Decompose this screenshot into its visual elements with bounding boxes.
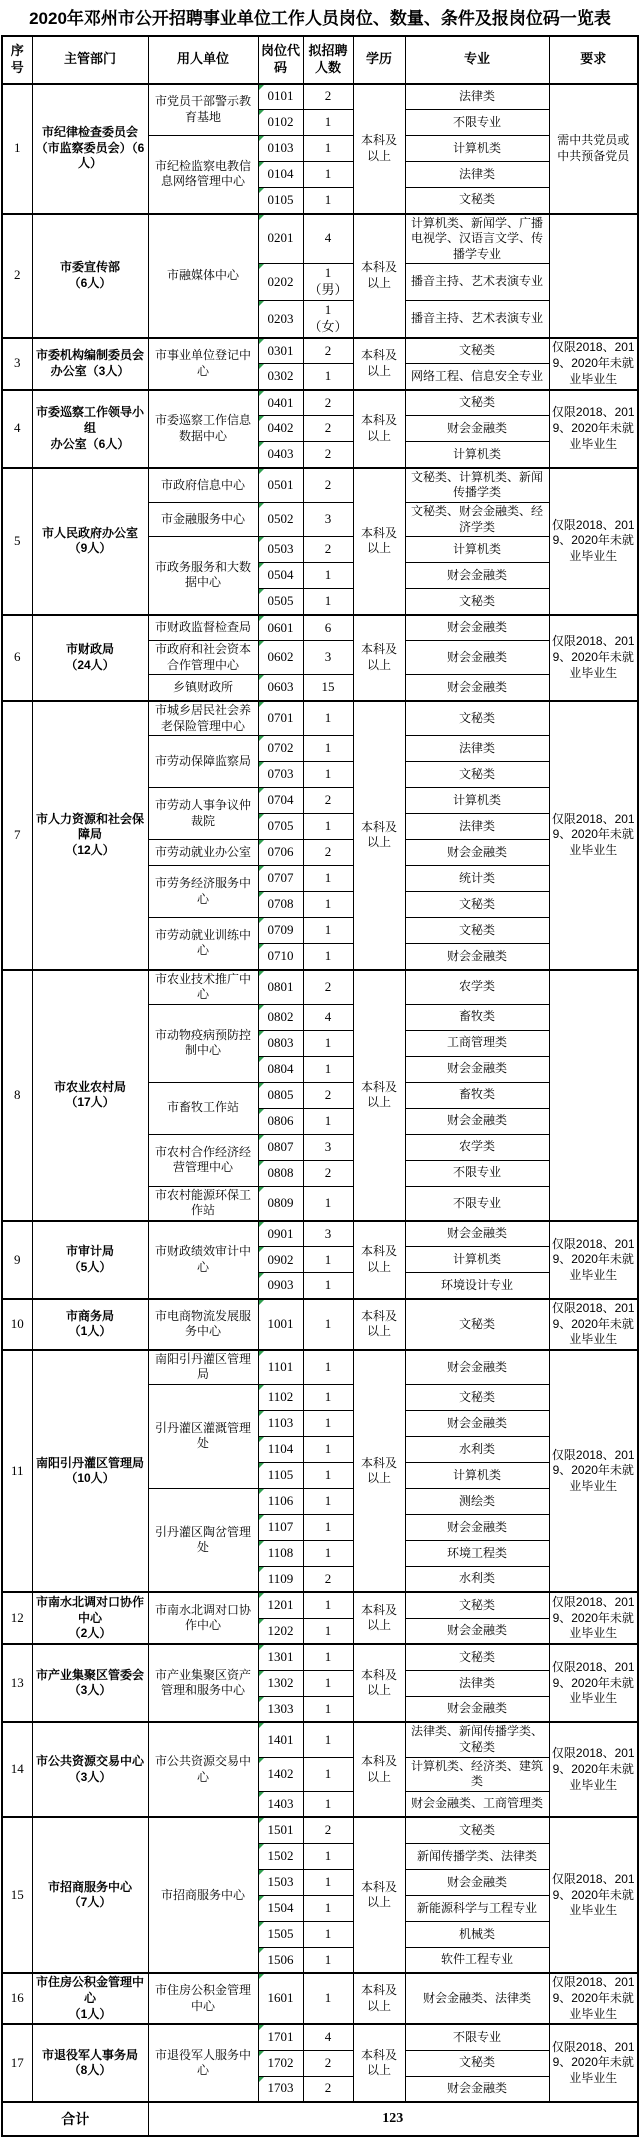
- position-count-cell: 1: [303, 1670, 353, 1696]
- dept-name-cell: 市产业集聚区管委会 （3人）: [32, 1644, 148, 1722]
- major-cell: 畜牧类: [405, 1004, 549, 1030]
- major-cell: 计算机类: [405, 1247, 549, 1273]
- unit-name-cell: 市党员干部警示教育基地: [148, 84, 258, 136]
- major-cell: 财会金融类: [405, 1410, 549, 1436]
- position-count-cell: 1: [303, 1350, 353, 1385]
- major-cell: 财会金融类: [405, 1350, 549, 1385]
- position-row: 13市产业集聚区管委会 （3人）市产业集聚区资产管理和服务中心13011本科及以…: [2, 1644, 638, 1670]
- position-code-cell: 0505: [258, 589, 303, 615]
- position-code-cell: 1701: [258, 2024, 303, 2050]
- major-cell: 不限专业: [405, 1160, 549, 1186]
- dept-no-cell: 17: [2, 2024, 32, 2102]
- unit-name-cell: 市财政监督检查局: [148, 615, 258, 641]
- position-row: 4市委巡察工作领导小组 办公室（6人）市委巡察工作信息数据中心04012本科及以…: [2, 390, 638, 416]
- major-cell: 计算机类: [405, 1462, 549, 1488]
- requirement-cell: [549, 214, 638, 338]
- position-count-cell: 2: [303, 468, 353, 503]
- unit-name-cell: 市城乡居民社会养老保险管理中心: [148, 701, 258, 736]
- position-count-cell: 1: [303, 1540, 353, 1566]
- position-count-cell: 4: [303, 2024, 353, 2050]
- position-code-cell: 0403: [258, 442, 303, 468]
- position-row: 7市人力资源和社会保障局 （12人）市城乡居民社会养老保险管理中心07011本科…: [2, 701, 638, 736]
- dept-name-cell: 市公共资源交易中心 （3人）: [32, 1722, 148, 1817]
- requirement-cell: 仅限2018、2019、2020年未就业毕业生: [549, 615, 638, 701]
- unit-name-cell: 乡镇财政所: [148, 675, 258, 701]
- education-cell: 本科及以上: [353, 390, 405, 468]
- position-count-cell: 3: [303, 1134, 353, 1160]
- major-cell: 财会金融类: [405, 840, 549, 866]
- position-count-cell: 2: [303, 788, 353, 814]
- major-cell: 文秘类、计算机类、新闻传播学类: [405, 468, 549, 503]
- position-code-cell: 0103: [258, 136, 303, 162]
- major-cell: 财会金融类: [405, 1618, 549, 1644]
- position-code-cell: 1106: [258, 1488, 303, 1514]
- dept-no-cell: 10: [2, 1299, 32, 1350]
- position-count-cell: 1: [303, 1973, 353, 2024]
- position-code-cell: 1105: [258, 1462, 303, 1488]
- major-cell: 文秘类: [405, 892, 549, 918]
- major-cell: 财会金融类: [405, 1108, 549, 1134]
- position-code-cell: 0701: [258, 701, 303, 736]
- position-count-cell: 1: [303, 918, 353, 944]
- position-count-cell: 15: [303, 675, 353, 701]
- major-cell: 环境工程类: [405, 1540, 549, 1566]
- requirement-cell: 仅限2018、2019、2020年未就业毕业生: [549, 1644, 638, 1722]
- position-code-cell: 0901: [258, 1221, 303, 1247]
- major-cell: 新闻传播学类、法律类: [405, 1843, 549, 1869]
- position-count-cell: 1: [303, 162, 353, 188]
- position-code-cell: 1501: [258, 1817, 303, 1843]
- position-code-cell: 1403: [258, 1791, 303, 1817]
- requirement-cell: 仅限2018、2019、2020年未就业毕业生: [549, 2024, 638, 2102]
- major-cell: 文秘类: [405, 1817, 549, 1843]
- major-cell: 文秘类: [405, 390, 549, 416]
- major-cell: 机械类: [405, 1921, 549, 1947]
- position-count-cell: 1: [303, 1056, 353, 1082]
- position-code-cell: 0707: [258, 866, 303, 892]
- major-cell: 法律类: [405, 1670, 549, 1696]
- major-cell: 财会金融类: [405, 1056, 549, 1082]
- position-count-cell: 1 （男）: [303, 264, 353, 301]
- requirement-cell: 仅限2018、2019、2020年未就业毕业生: [549, 1299, 638, 1350]
- column-header-0: 序号: [2, 36, 32, 84]
- position-count-cell: 3: [303, 503, 353, 537]
- unit-name-cell: 市南水北调对口协作中心: [148, 1592, 258, 1644]
- unit-name-cell: 市农业技术推广中心: [148, 970, 258, 1005]
- major-cell: 测绘类: [405, 1488, 549, 1514]
- position-count-cell: 1: [303, 1410, 353, 1436]
- major-cell: 财会金融类: [405, 1696, 549, 1722]
- major-cell: 文秘类: [405, 2050, 549, 2076]
- dept-no-cell: 1: [2, 84, 32, 214]
- position-code-cell: 0401: [258, 390, 303, 416]
- position-count-cell: 1: [303, 814, 353, 840]
- position-row: 16市住房公积金管理中心 （1人）市住房公积金管理中心16011本科及以上财会金…: [2, 1973, 638, 2024]
- unit-name-cell: 市产业集聚区资产管理和服务中心: [148, 1644, 258, 1722]
- position-code-cell: 1601: [258, 1973, 303, 2024]
- position-count-cell: 1: [303, 892, 353, 918]
- position-count-cell: 1: [303, 563, 353, 589]
- major-cell: 播音主持、艺术表演专业: [405, 264, 549, 301]
- unit-name-cell: 市退役军人服务中心: [148, 2024, 258, 2102]
- position-count-cell: 4: [303, 1004, 353, 1030]
- unit-name-cell: 市金融服务中心: [148, 503, 258, 537]
- unit-name-cell: 市招商服务中心: [148, 1817, 258, 1973]
- position-code-cell: 0302: [258, 364, 303, 390]
- position-code-cell: 1502: [258, 1843, 303, 1869]
- major-cell: 计算机类: [405, 537, 549, 563]
- position-count-cell: 1: [303, 188, 353, 214]
- major-cell: 财会金融类: [405, 641, 549, 675]
- major-cell: 水利类: [405, 1436, 549, 1462]
- position-code-cell: 1104: [258, 1436, 303, 1462]
- position-code-cell: 0402: [258, 416, 303, 442]
- position-code-cell: 0903: [258, 1273, 303, 1299]
- requirement-cell: 仅限2018、2019、2020年未就业毕业生: [549, 1973, 638, 2024]
- dept-name-cell: 市审计局 （5人）: [32, 1221, 148, 1299]
- dept-name-cell: 市南水北调对口协作中心 （2人）: [32, 1592, 148, 1644]
- position-code-cell: 1001: [258, 1299, 303, 1350]
- dept-name-cell: 市人民政府办公室（9人）: [32, 468, 148, 615]
- major-cell: 法律类: [405, 736, 549, 762]
- header-row: 序号主管部门用人单位岗位代码拟招聘人数学历专业要求: [2, 36, 638, 84]
- unit-name-cell: 市农村合作经济经营管理中心: [148, 1134, 258, 1186]
- dept-name-cell: 市委宣传部 （6人）: [32, 214, 148, 338]
- major-cell: 文秘类: [405, 188, 549, 214]
- major-cell: 农学类: [405, 970, 549, 1005]
- requirement-cell: 仅限2018、2019、2020年未就业毕业生: [549, 1592, 638, 1644]
- dept-no-cell: 8: [2, 970, 32, 1221]
- dept-name-cell: 市农业农村局 （17人）: [32, 970, 148, 1221]
- position-code-cell: 1201: [258, 1592, 303, 1618]
- column-header-6: 专业: [405, 36, 549, 84]
- major-cell: 财会金融类: [405, 416, 549, 442]
- position-count-cell: 2: [303, 537, 353, 563]
- major-cell: 网络工程、信息安全专业: [405, 364, 549, 390]
- education-cell: 本科及以上: [353, 1221, 405, 1299]
- major-cell: 软件工程专业: [405, 1947, 549, 1973]
- unit-name-cell: 市财政绩效审计中心: [148, 1221, 258, 1299]
- position-code-cell: 0503: [258, 537, 303, 563]
- position-code-cell: 1109: [258, 1566, 303, 1592]
- position-code-cell: 0706: [258, 840, 303, 866]
- major-cell: 文秘类: [405, 1592, 549, 1618]
- position-code-cell: 1703: [258, 2076, 303, 2102]
- position-code-cell: 0808: [258, 1160, 303, 1186]
- position-count-cell: 1: [303, 1722, 353, 1757]
- position-code-cell: 1402: [258, 1757, 303, 1791]
- dept-name-cell: 市人力资源和社会保障局 （12人）: [32, 701, 148, 970]
- position-code-cell: 0504: [258, 563, 303, 589]
- unit-name-cell: 市劳动就业办公室: [148, 840, 258, 866]
- position-count-cell: 1: [303, 1436, 353, 1462]
- requirement-cell: 仅限2018、2019、2020年未就业毕业生: [549, 1350, 638, 1593]
- position-code-cell: 0805: [258, 1082, 303, 1108]
- position-count-cell: 1: [303, 1247, 353, 1273]
- position-code-cell: 0101: [258, 84, 303, 110]
- position-count-cell: 1: [303, 736, 353, 762]
- requirement-cell: 仅限2018、2019、2020年未就业毕业生: [549, 701, 638, 970]
- position-code-cell: 0703: [258, 762, 303, 788]
- major-cell: 文秘类、财会金融类、经济学类: [405, 503, 549, 537]
- position-count-cell: 1: [303, 1273, 353, 1299]
- position-count-cell: 1: [303, 136, 353, 162]
- unit-name-cell: 市电商物流发展服务中心: [148, 1299, 258, 1350]
- position-count-cell: 1: [303, 110, 353, 136]
- dept-no-cell: 15: [2, 1817, 32, 1973]
- position-count-cell: 1: [303, 1299, 353, 1350]
- position-count-cell: 1: [303, 1514, 353, 1540]
- position-count-cell: 1: [303, 1618, 353, 1644]
- position-count-cell: 1: [303, 1757, 353, 1791]
- unit-name-cell: 引丹灌区灌溉管理处: [148, 1384, 258, 1488]
- dept-name-cell: 市住房公积金管理中心 （1人）: [32, 1973, 148, 2024]
- position-count-cell: 6: [303, 615, 353, 641]
- major-cell: 财会金融类、法律类: [405, 1973, 549, 2024]
- dept-no-cell: 13: [2, 1644, 32, 1722]
- position-code-cell: 1107: [258, 1514, 303, 1540]
- education-cell: 本科及以上: [353, 468, 405, 615]
- position-row: 11南阳引丹灌区管理局 （10人）南阳引丹灌区管理局11011本科及以上财会金融…: [2, 1350, 638, 1385]
- position-count-cell: 2: [303, 442, 353, 468]
- position-code-cell: 0708: [258, 892, 303, 918]
- requirement-cell: 仅限2018、2019、2020年未就业毕业生: [549, 390, 638, 468]
- major-cell: 文秘类: [405, 1644, 549, 1670]
- position-code-cell: 0807: [258, 1134, 303, 1160]
- major-cell: 法律类: [405, 814, 549, 840]
- column-header-5: 学历: [353, 36, 405, 84]
- dept-name-cell: 市招商服务中心 （7人）: [32, 1817, 148, 1973]
- dept-no-cell: 16: [2, 1973, 32, 2024]
- major-cell: 财会金融类、工商管理类: [405, 1791, 549, 1817]
- position-count-cell: 1: [303, 1696, 353, 1722]
- position-count-cell: 1: [303, 1108, 353, 1134]
- unit-name-cell: 市事业单位登记中心: [148, 338, 258, 390]
- major-cell: 财会金融类: [405, 944, 549, 970]
- unit-name-cell: 引丹灌区陶岔管理处: [148, 1488, 258, 1592]
- position-code-cell: 1506: [258, 1947, 303, 1973]
- dept-no-cell: 3: [2, 338, 32, 390]
- major-cell: 计算机类: [405, 442, 549, 468]
- position-code-cell: 1504: [258, 1895, 303, 1921]
- unit-name-cell: 市农村能源环保工作站: [148, 1186, 258, 1221]
- major-cell: 播音主持、艺术表演专业: [405, 301, 549, 338]
- dept-no-cell: 9: [2, 1221, 32, 1299]
- position-row: 10市商务局 （1人）市电商物流发展服务中心10011本科及以上文秘类仅限201…: [2, 1299, 638, 1350]
- position-code-cell: 0102: [258, 110, 303, 136]
- position-count-cell: 2: [303, 416, 353, 442]
- unit-name-cell: 市畜牧工作站: [148, 1082, 258, 1134]
- education-cell: 本科及以上: [353, 1592, 405, 1644]
- position-code-cell: 1301: [258, 1644, 303, 1670]
- education-cell: 本科及以上: [353, 214, 405, 338]
- column-header-4: 拟招聘人数: [303, 36, 353, 84]
- position-count-cell: 1: [303, 1462, 353, 1488]
- position-count-cell: 2: [303, 390, 353, 416]
- position-count-cell: 1: [303, 1869, 353, 1895]
- position-count-cell: 1: [303, 1384, 353, 1410]
- requirement-cell: 仅限2018、2019、2020年未就业毕业生: [549, 1221, 638, 1299]
- position-code-cell: 0902: [258, 1247, 303, 1273]
- position-code-cell: 0802: [258, 1004, 303, 1030]
- position-count-cell: 1: [303, 1895, 353, 1921]
- unit-name-cell: 市融媒体中心: [148, 214, 258, 338]
- dept-no-cell: 5: [2, 468, 32, 615]
- dept-no-cell: 6: [2, 615, 32, 701]
- position-count-cell: 1: [303, 1644, 353, 1670]
- dept-no-cell: 7: [2, 701, 32, 970]
- major-cell: 财会金融类: [405, 563, 549, 589]
- position-code-cell: 0705: [258, 814, 303, 840]
- position-count-cell: 1: [303, 589, 353, 615]
- major-cell: 不限专业: [405, 1186, 549, 1221]
- major-cell: 计算机类、经济类、建筑类: [405, 1757, 549, 1791]
- dept-no-cell: 4: [2, 390, 32, 468]
- recruitment-table-page: 2020年邓州市公开招聘事业单位工作人员岗位、数量、条件及报岗位码一览表 序号主…: [0, 0, 640, 2145]
- position-count-cell: 2: [303, 1817, 353, 1843]
- education-cell: 本科及以上: [353, 2024, 405, 2102]
- dept-no-cell: 11: [2, 1350, 32, 1593]
- position-row: 5市人民政府办公室（9人）市政府信息中心05012本科及以上文秘类、计算机类、新…: [2, 468, 638, 503]
- education-cell: 本科及以上: [353, 84, 405, 214]
- position-code-cell: 0501: [258, 468, 303, 503]
- position-code-cell: 0702: [258, 736, 303, 762]
- unit-name-cell: 市政府信息中心: [148, 468, 258, 503]
- table-footer: 合计 123: [2, 2102, 638, 2136]
- major-cell: 不限专业: [405, 2024, 549, 2050]
- position-row: 14市公共资源交易中心 （3人）市公共资源交易中心14011本科及以上法律类、新…: [2, 1722, 638, 1757]
- position-count-cell: 1: [303, 866, 353, 892]
- position-code-cell: 0202: [258, 264, 303, 301]
- position-code-cell: 0710: [258, 944, 303, 970]
- position-row: 8市农业农村局 （17人）市农业技术推广中心08012本科及以上农学类: [2, 970, 638, 1005]
- position-count-cell: 4: [303, 214, 353, 264]
- position-code-cell: 0105: [258, 188, 303, 214]
- position-count-cell: 1: [303, 1488, 353, 1514]
- major-cell: 环境设计专业: [405, 1273, 549, 1299]
- position-row: 6市财政局 （24人）市财政监督检查局06016本科及以上财会金融类仅限2018…: [2, 615, 638, 641]
- page-title: 2020年邓州市公开招聘事业单位工作人员岗位、数量、条件及报岗位码一览表: [10, 6, 630, 32]
- position-count-cell: 1: [303, 1947, 353, 1973]
- position-row: 1市纪律检查委员会 （市监察委员会）（6人）市党员干部警示教育基地01012本科…: [2, 84, 638, 110]
- total-row: 合计 123: [2, 2102, 638, 2136]
- major-cell: 财会金融类: [405, 675, 549, 701]
- position-code-cell: 1503: [258, 1869, 303, 1895]
- position-code-cell: 0809: [258, 1186, 303, 1221]
- position-code-cell: 1202: [258, 1618, 303, 1644]
- position-count-cell: 1: [303, 1843, 353, 1869]
- major-cell: 文秘类: [405, 1384, 549, 1410]
- major-cell: 法律类: [405, 162, 549, 188]
- column-header-7: 要求: [549, 36, 638, 84]
- position-code-cell: 0601: [258, 615, 303, 641]
- major-cell: 文秘类: [405, 762, 549, 788]
- position-code-cell: 1102: [258, 1384, 303, 1410]
- major-cell: 财会金融类: [405, 615, 549, 641]
- position-code-cell: 0201: [258, 214, 303, 264]
- column-header-2: 用人单位: [148, 36, 258, 84]
- major-cell: 畜牧类: [405, 1082, 549, 1108]
- position-count-cell: 2: [303, 970, 353, 1005]
- major-cell: 文秘类: [405, 589, 549, 615]
- unit-name-cell: 市劳动就业训练中心: [148, 918, 258, 970]
- dept-name-cell: 市委机构编制委员会 办公室（3人）: [32, 338, 148, 390]
- dept-name-cell: 市退役军人事务局（8人）: [32, 2024, 148, 2102]
- unit-name-cell: 市住房公积金管理中心: [148, 1973, 258, 2024]
- position-code-cell: 0704: [258, 788, 303, 814]
- position-code-cell: 1505: [258, 1921, 303, 1947]
- major-cell: 统计类: [405, 866, 549, 892]
- position-row: 15市招商服务中心 （7人）市招商服务中心15012本科及以上文秘类仅限2018…: [2, 1817, 638, 1843]
- recruitment-table: 序号主管部门用人单位岗位代码拟招聘人数学历专业要求 1市纪律检查委员会 （市监察…: [1, 35, 639, 2138]
- major-cell: 水利类: [405, 1566, 549, 1592]
- dept-name-cell: 市委巡察工作领导小组 办公室（6人）: [32, 390, 148, 468]
- position-count-cell: 1: [303, 1791, 353, 1817]
- column-header-3: 岗位代码: [258, 36, 303, 84]
- major-cell: 财会金融类: [405, 1514, 549, 1540]
- position-code-cell: 1401: [258, 1722, 303, 1757]
- education-cell: 本科及以上: [353, 1350, 405, 1593]
- position-row: 12市南水北调对口协作中心 （2人）市南水北调对口协作中心12011本科及以上文…: [2, 1592, 638, 1618]
- position-count-cell: 1: [303, 1592, 353, 1618]
- position-code-cell: 0709: [258, 918, 303, 944]
- education-cell: 本科及以上: [353, 1973, 405, 2024]
- major-cell: 文秘类: [405, 701, 549, 736]
- dept-no-cell: 2: [2, 214, 32, 338]
- position-count-cell: 2: [303, 840, 353, 866]
- total-value: 123: [148, 2102, 638, 2136]
- dept-name-cell: 市商务局 （1人）: [32, 1299, 148, 1350]
- dept-name-cell: 市财政局 （24人）: [32, 615, 148, 701]
- requirement-cell: 仅限2018、2019、2020年未就业毕业生: [549, 468, 638, 615]
- position-count-cell: 2: [303, 1566, 353, 1592]
- major-cell: 计算机类: [405, 136, 549, 162]
- education-cell: 本科及以上: [353, 338, 405, 390]
- table-header: 序号主管部门用人单位岗位代码拟招聘人数学历专业要求: [2, 36, 638, 84]
- position-count-cell: 2: [303, 338, 353, 364]
- major-cell: 财会金融类: [405, 1221, 549, 1247]
- major-cell: 文秘类: [405, 1299, 549, 1350]
- requirement-cell: 仅限2018、2019、2020年未就业毕业生: [549, 1722, 638, 1817]
- position-code-cell: 0804: [258, 1056, 303, 1082]
- position-row: 17市退役军人事务局（8人）市退役军人服务中心17014本科及以上不限专业仅限2…: [2, 2024, 638, 2050]
- position-code-cell: 0803: [258, 1030, 303, 1056]
- position-count-cell: 2: [303, 2076, 353, 2102]
- major-cell: 法律类、新闻传播学类、文秘类: [405, 1722, 549, 1757]
- position-count-cell: 2: [303, 84, 353, 110]
- major-cell: 法律类: [405, 84, 549, 110]
- position-code-cell: 0801: [258, 970, 303, 1005]
- position-count-cell: 3: [303, 1221, 353, 1247]
- position-code-cell: 0104: [258, 162, 303, 188]
- position-code-cell: 1303: [258, 1696, 303, 1722]
- position-code-cell: 1101: [258, 1350, 303, 1385]
- unit-name-cell: 市动物疫病预防控制中心: [148, 1004, 258, 1082]
- total-label: 合计: [2, 2102, 148, 2136]
- major-cell: 计算机类、新闻学、广播电视学、汉语言文学、传播学专业: [405, 214, 549, 264]
- position-code-cell: 1103: [258, 1410, 303, 1436]
- position-count-cell: 2: [303, 2050, 353, 2076]
- position-count-cell: 1: [303, 701, 353, 736]
- position-count-cell: 1: [303, 944, 353, 970]
- education-cell: 本科及以上: [353, 1299, 405, 1350]
- dept-no-cell: 12: [2, 1592, 32, 1644]
- major-cell: 计算机类: [405, 788, 549, 814]
- education-cell: 本科及以上: [353, 1817, 405, 1973]
- requirement-cell: 需中共党员或中共预备党员: [549, 84, 638, 214]
- major-cell: 新能源科学与工程专业: [405, 1895, 549, 1921]
- major-cell: 财会金融类: [405, 2076, 549, 2102]
